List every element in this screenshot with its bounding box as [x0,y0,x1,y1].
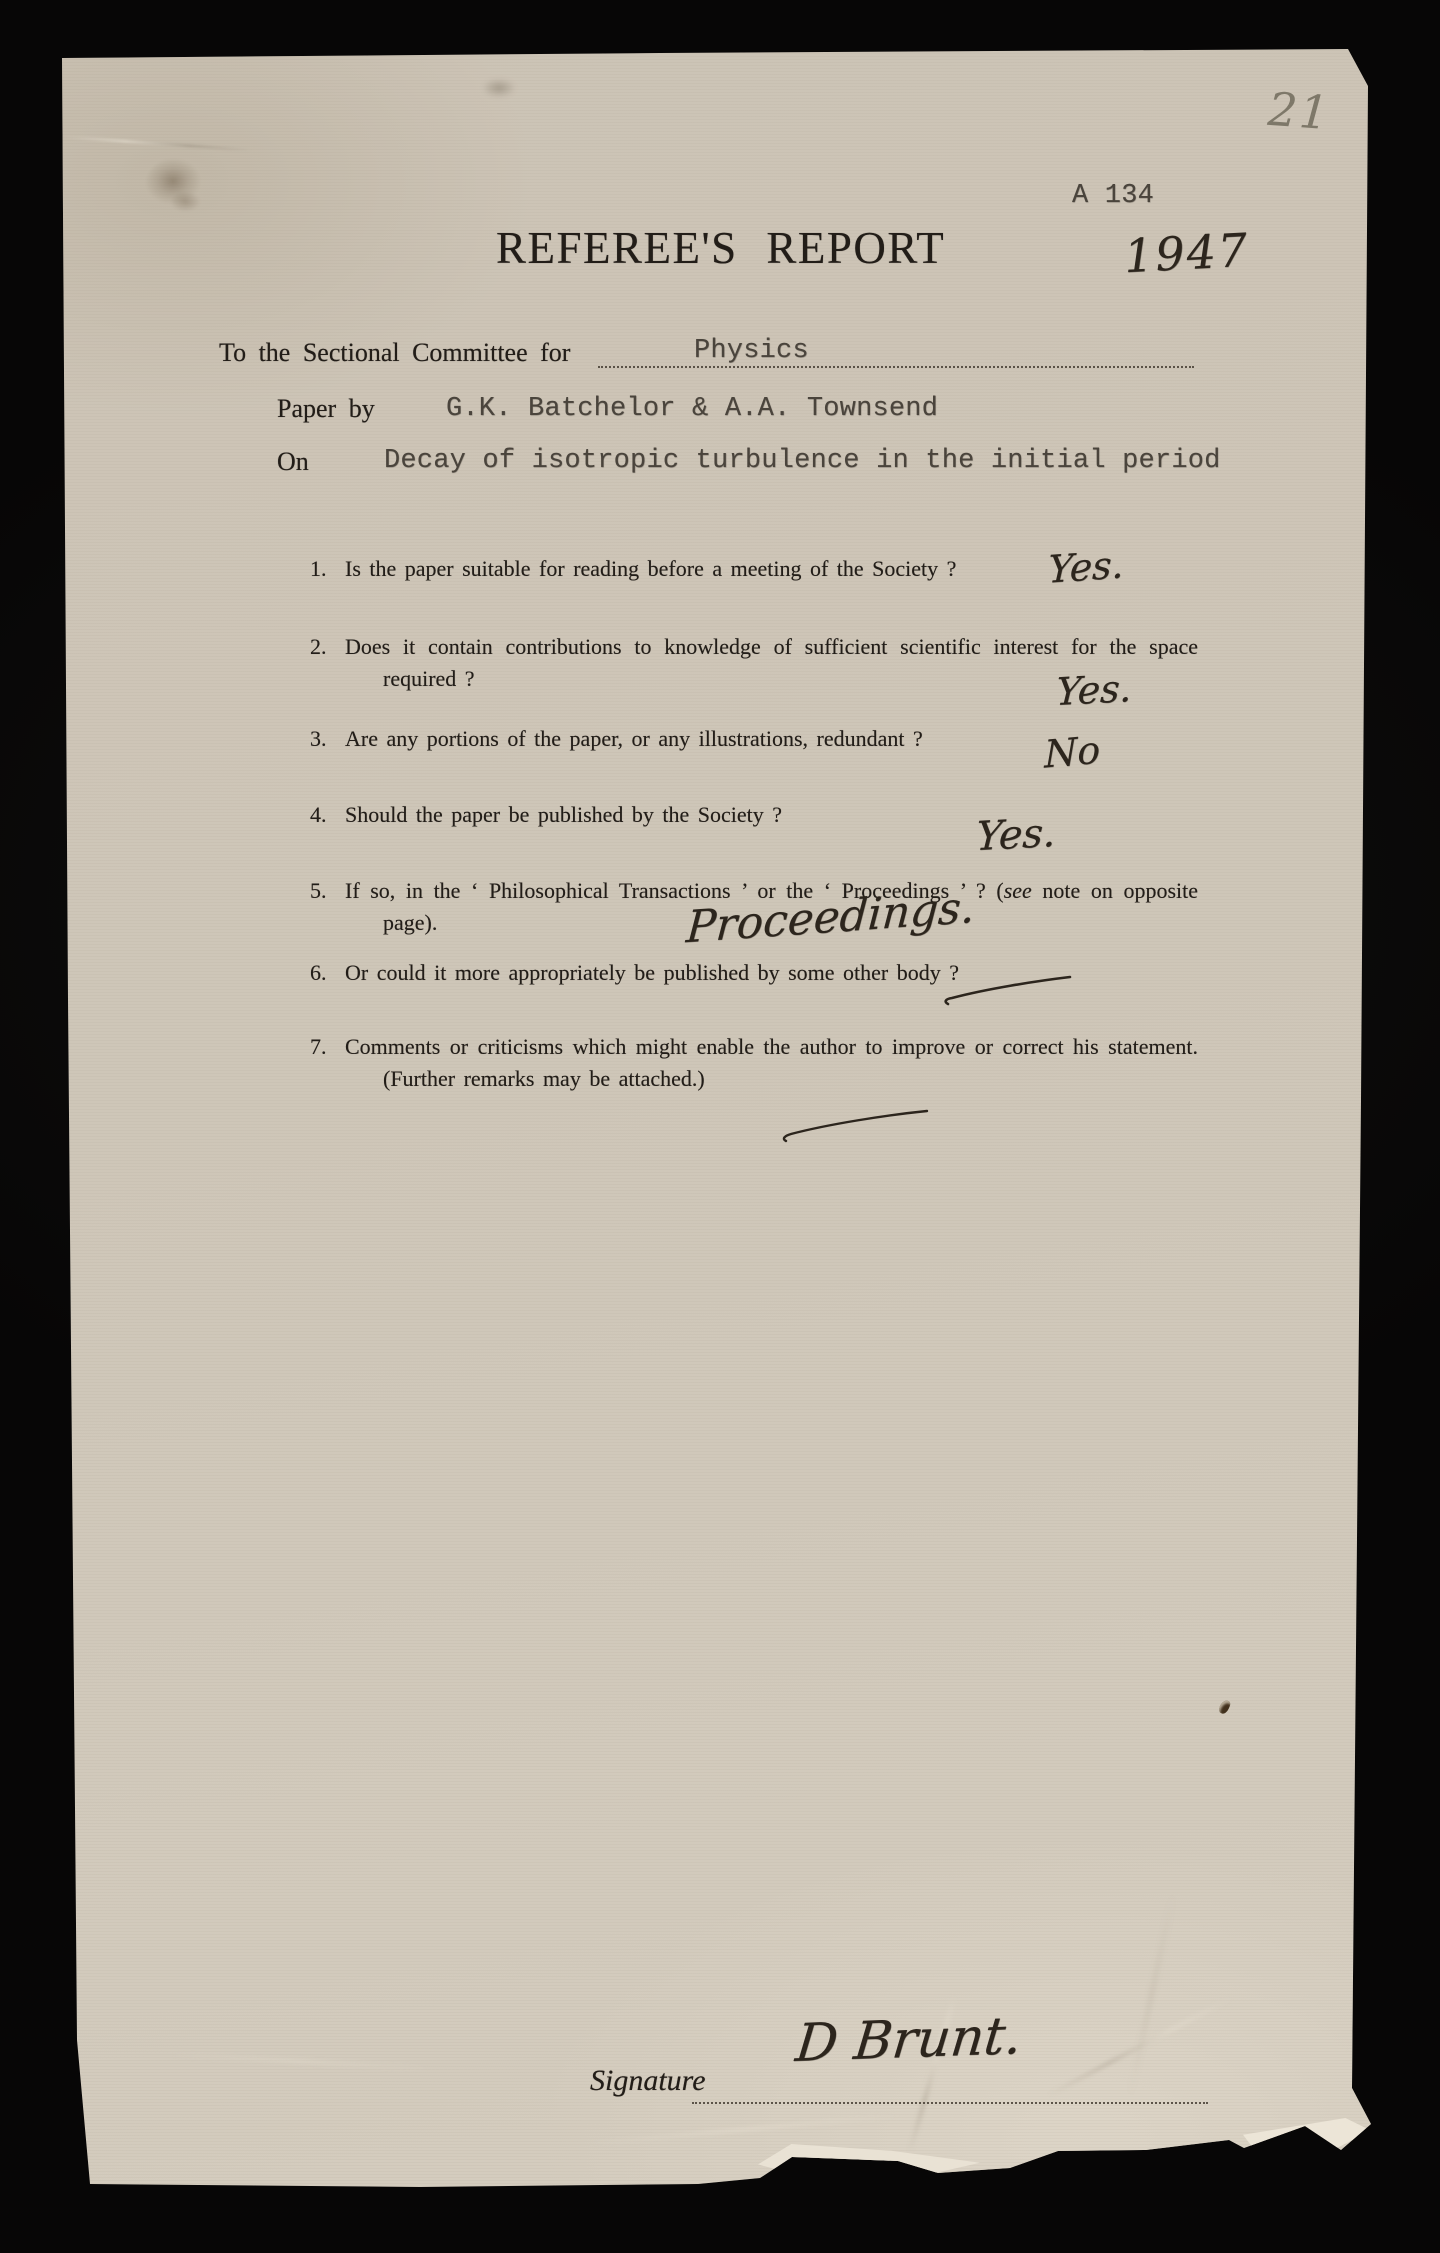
torn-edge-highlight [1243,2118,1371,2160]
crease-mark [170,2053,430,2070]
paper-stain [145,158,207,216]
referee-report-sheet: 21 A 134 REFEREE'S REPORT 1947 To the Se… [0,0,1440,2253]
question-5-text-line2: page). [383,910,437,936]
question-7-text-line2: (Further remarks may be attached.) [383,1066,705,1092]
on-value: Decay of isotropic turbulence in the ini… [384,446,1221,476]
question-3-number: 3. [310,726,327,752]
page-title: REFEREE'S REPORT [496,222,945,274]
question-1-answer-handwritten: Yes. [1047,542,1124,592]
page-number-pencil: 21 [1266,82,1332,140]
question-1-text: Is the paper suitable for reading before… [345,556,956,582]
question-2-number: 2. [310,634,327,660]
reference-number: A 134 [1072,181,1154,211]
question-2-answer-handwritten: Yes. [1055,666,1133,714]
committee-dotted-line [598,322,1194,368]
ink-fleck [1218,1699,1232,1715]
question-2-text-line2: required ? [383,666,475,692]
question-7-answer-dash-stroke [781,1106,931,1146]
question-5-text-see-italic: see [1004,878,1032,903]
committee-label: To the Sectional Committee for [219,338,570,368]
crease-mark [590,2114,899,2144]
question-4-number: 4. [310,802,327,828]
question-5-text-suffix: note on opposite [1032,878,1198,903]
torn-edge-highlight [758,2144,980,2178]
question-6-text: Or could it more appropriately be publis… [345,960,959,986]
question-4-text: Should the paper be published by the Soc… [345,802,782,828]
question-7-text-line1: Comments or criticisms which might enabl… [345,1034,1198,1060]
paper-smudge [482,78,516,98]
signature-handwritten: D Brunt. [793,2006,1025,2074]
committee-value: Physics [694,336,809,366]
question-6-answer-dash-stroke [942,972,1074,1008]
on-label: On [277,447,309,477]
question-3-text: Are any portions of the paper, or any il… [345,726,923,752]
scan-background: 21 A 134 REFEREE'S REPORT 1947 To the Se… [0,0,1440,2253]
year-annotation-handwritten: 1947 [1123,223,1251,283]
paper-by-label: Paper by [277,394,375,424]
question-3-answer-handwritten: No [1044,728,1101,777]
paper-by-value: G.K. Batchelor & A.A. Townsend [446,394,938,424]
question-2-text-line1: Does it contain contributions to knowled… [345,634,1198,660]
question-6-number: 6. [310,960,327,986]
question-5-number: 5. [310,878,327,904]
question-4-answer-handwritten: Yes. [975,810,1057,860]
question-7-number: 7. [310,1034,327,1060]
question-1-number: 1. [310,556,327,582]
torn-edge-highlight [1098,2158,1170,2174]
signature-label: Signature [590,2064,706,2098]
crease-mark [62,135,252,151]
